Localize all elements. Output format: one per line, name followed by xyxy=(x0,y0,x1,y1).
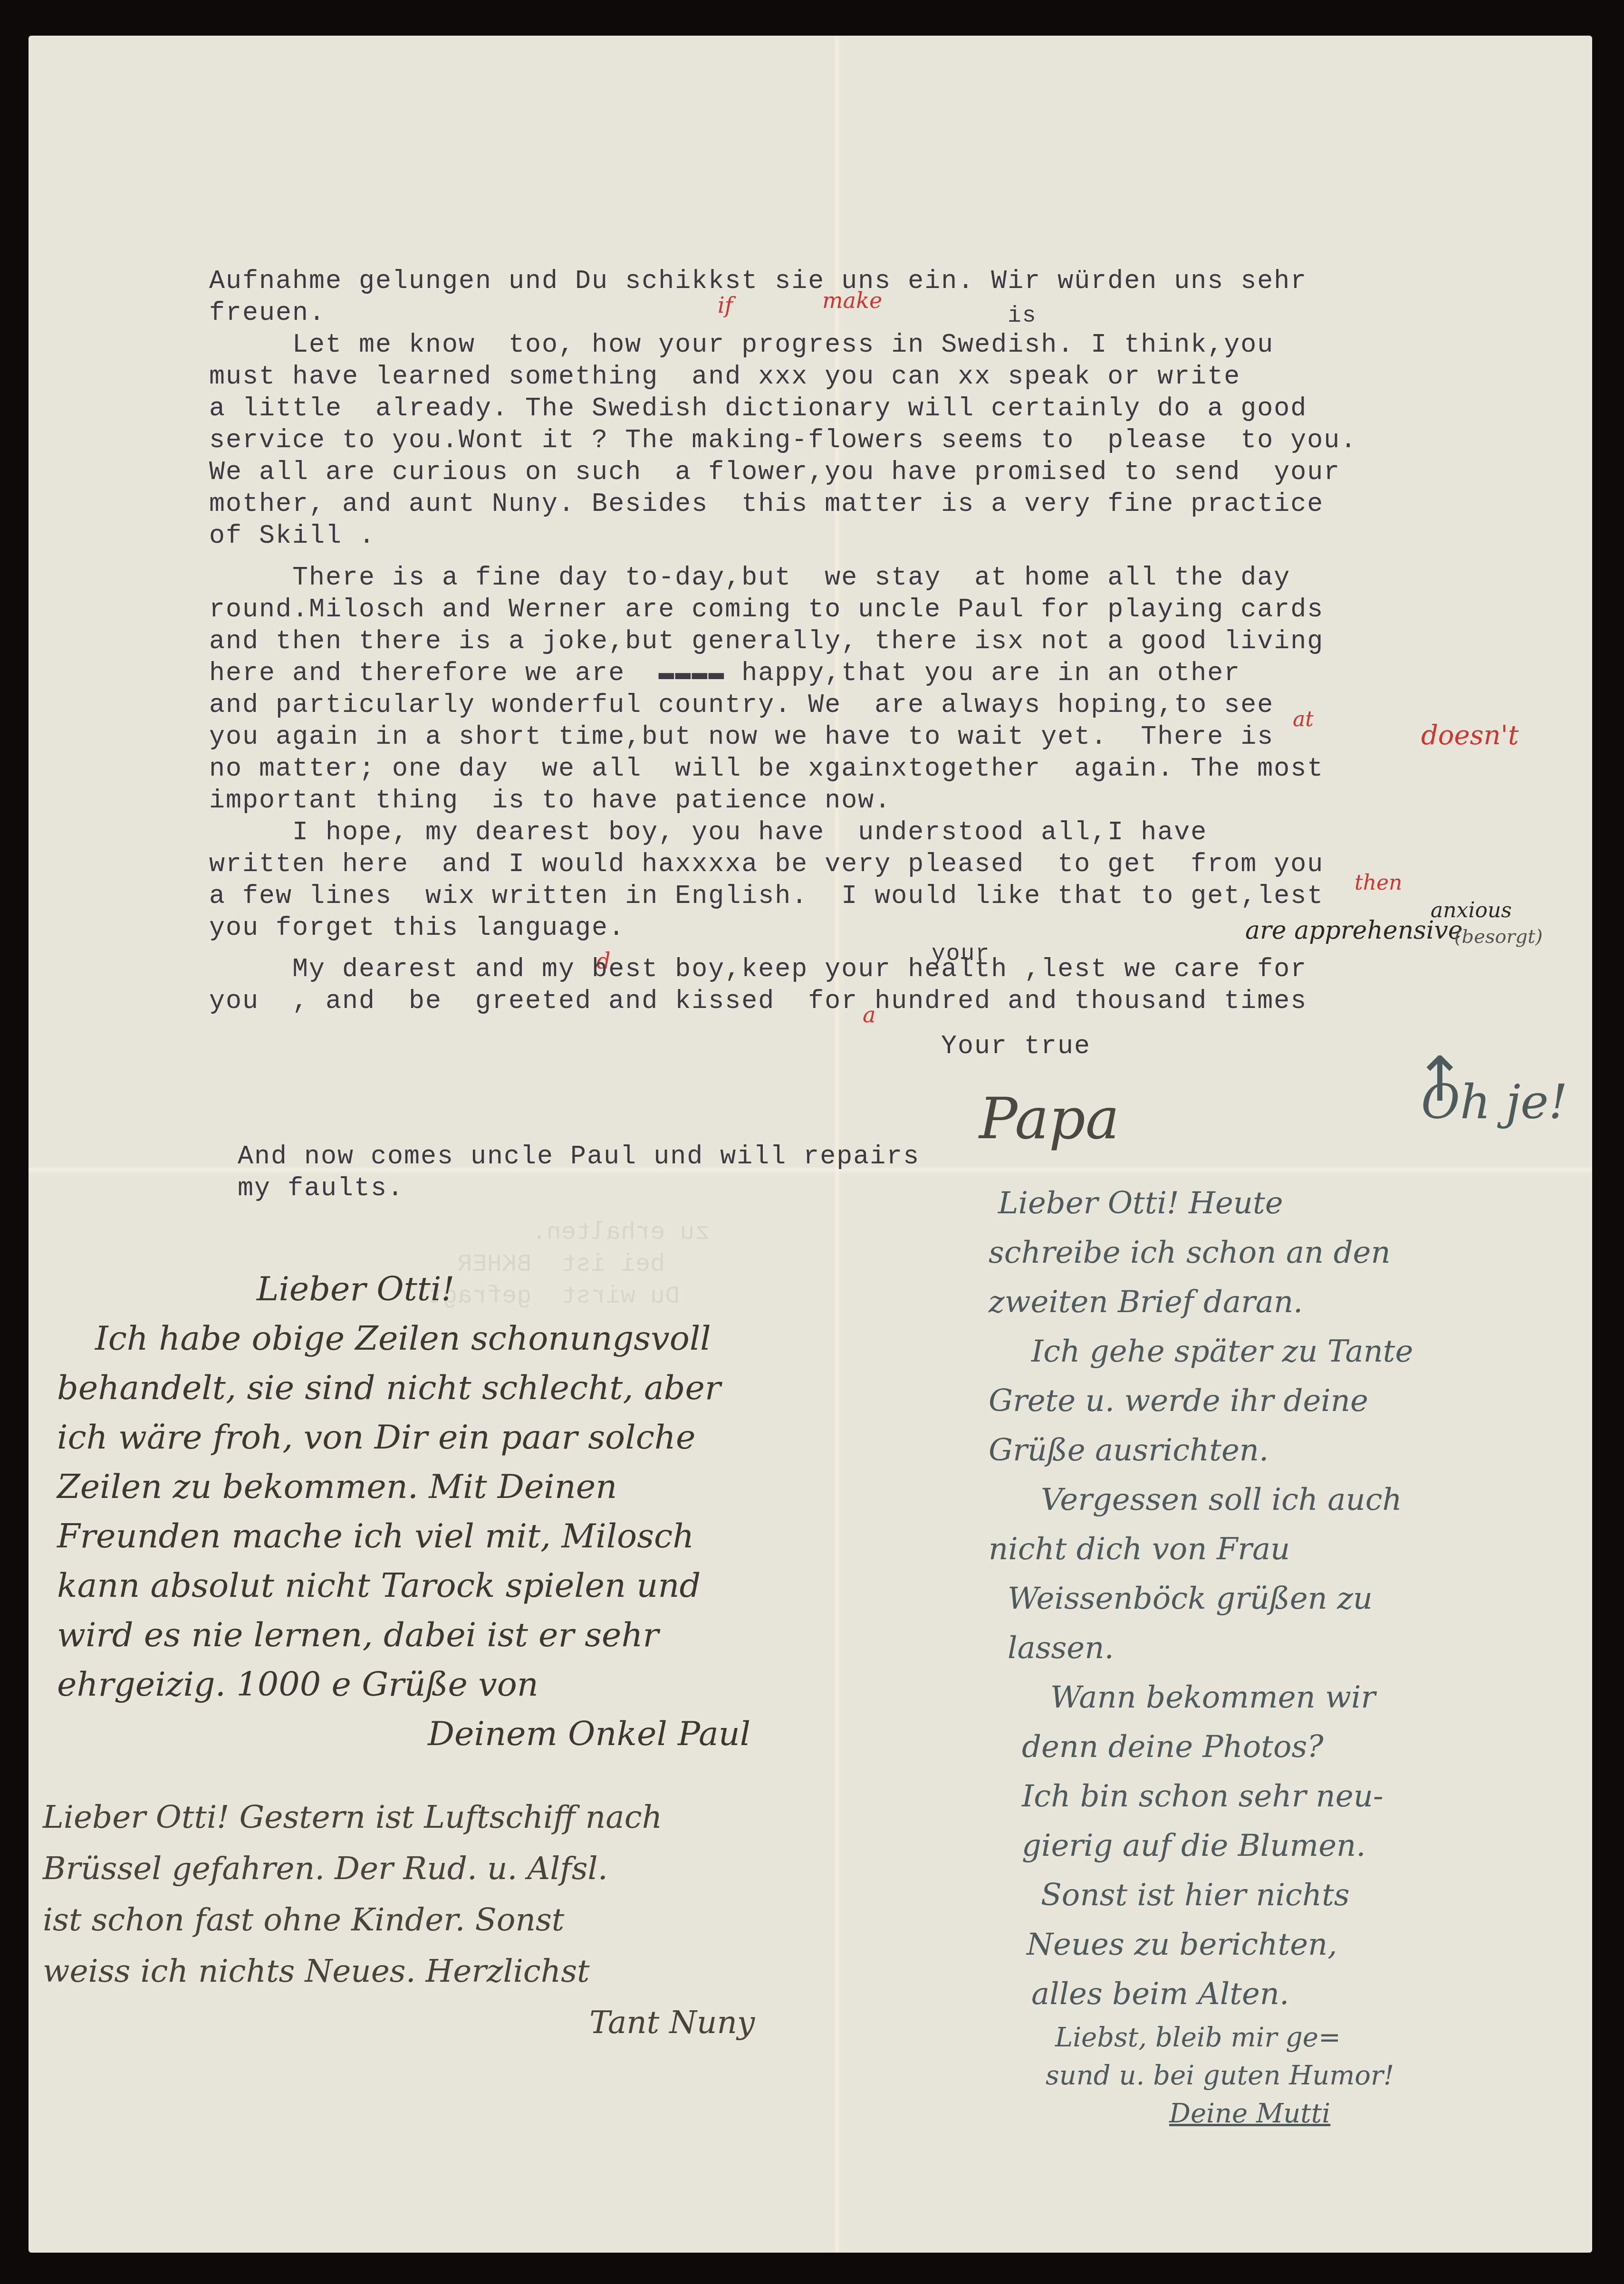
red-correction-if: if xyxy=(718,292,733,318)
typed-line-8: mother, and aunt Nuny. Besides this matt… xyxy=(209,488,1324,520)
typed-line-16: no matter; one day we all will be xgainx… xyxy=(209,753,1324,785)
typed-line-17: important thing is to have patience now. xyxy=(209,785,891,816)
mother-line: zweiten Brief daran. xyxy=(989,1277,1413,1327)
mother-line: schreibe ich schon an den xyxy=(989,1228,1413,1277)
typed-line-13: here and therefore we are ▬▬▬▬ happy,tha… xyxy=(209,657,1240,689)
typed-line-5: a little already. The Swedish dictionary… xyxy=(209,393,1307,424)
nuny-line: Brüssel gefahren. Der Rud. u. Alfsl. xyxy=(43,1843,755,1894)
mother-line: Ich gehe später zu Tante xyxy=(989,1327,1413,1376)
typed-line-1: Aufnahme gelungen und Du schikkst sie un… xyxy=(209,265,1307,297)
typed-insert-is: is xyxy=(1008,300,1037,332)
typed-line-4: must have learned something and xxx you … xyxy=(209,361,1240,393)
typed-line-3: Let me know too, how your progress in Sw… xyxy=(209,329,1274,361)
typed-line-22: My dearest and my best boy,keep your hea… xyxy=(209,953,1307,985)
paul-line: ich wäre froh, von Dir ein paar solche xyxy=(57,1412,750,1462)
mother-line: Vergessen soll ich auch xyxy=(989,1475,1413,1525)
arrow-up-icon: ↑ xyxy=(1414,1043,1466,1115)
typed-closing: Your true xyxy=(941,1030,1091,1062)
typed-line-20: a few lines wix written in English. I wo… xyxy=(209,880,1324,912)
paul-line: ehrgeizig. 1000 e Grüße von xyxy=(57,1660,750,1709)
red-correction-doesnt: doesn't xyxy=(1421,720,1518,751)
signature-aunt-nuny: Tant Nuny xyxy=(43,1997,755,2048)
typed-line-23: you , and be greeted and kissed for hund… xyxy=(209,985,1307,1017)
handwritten-aunt-nuny: Lieber Otti! Gestern ist Luftschiff nach… xyxy=(43,1792,755,2048)
paul-line: Ich habe obige Zeilen schonungsvoll xyxy=(57,1314,750,1363)
paul-line: wird es nie lernen, dabei ist er sehr xyxy=(57,1610,750,1660)
typed-line-7: We all are curious on such a flower,you … xyxy=(209,456,1340,488)
typed-postscript-line-2: my faults. xyxy=(238,1172,404,1204)
mother-line: alles beim Alten. xyxy=(989,1969,1413,2019)
mother-line: Grüße ausrichten. xyxy=(989,1426,1413,1475)
mother-line: Weissenböck grüßen zu xyxy=(989,1574,1413,1623)
mother-line: denn deine Photos? xyxy=(989,1722,1413,1772)
paul-line: kann absolut nicht Tarock spielen und xyxy=(57,1561,750,1610)
handwritten-uncle-paul: Lieber Otti! Ich habe obige Zeilen schon… xyxy=(57,1264,750,1758)
greeting: Lieber Otti! xyxy=(57,1264,750,1314)
red-correction-a: a xyxy=(863,1002,875,1027)
red-correction-at: at xyxy=(1293,707,1314,731)
ink-correction-besorgt: (besorgt) xyxy=(1454,926,1543,948)
nuny-line: weiss ich nichts Neues. Herzlichst xyxy=(43,1946,755,1997)
typed-line-14: and particularly wonderful country. We a… xyxy=(209,689,1274,721)
nuny-line: Lieber Otti! Gestern ist Luftschiff nach xyxy=(43,1792,755,1843)
paul-line: Zeilen zu bekommen. Mit Deinen xyxy=(57,1462,750,1511)
nuny-line: ist schon fast ohne Kinder. Sonst xyxy=(43,1894,755,1946)
signature-mother: Deine Mutti xyxy=(989,2095,1413,2133)
mother-line: gierig auf die Blumen. xyxy=(989,1821,1413,1871)
mother-line: lassen. xyxy=(989,1623,1413,1673)
mother-line: Liebst, bleib mir ge= xyxy=(989,2019,1413,2057)
mother-line: Grete u. werde ihr deine xyxy=(989,1376,1413,1426)
typed-line-2: freuen. xyxy=(209,297,326,329)
typed-line-9: of Skill . xyxy=(209,520,375,552)
typed-line-19: written here and I would haxxxxa be very… xyxy=(209,848,1324,880)
red-correction-then: then xyxy=(1355,871,1402,895)
typed-postscript-line-1: And now comes uncle Paul und will repair… xyxy=(238,1141,920,1172)
ink-correction-apprehensive: are apprehensive xyxy=(1245,916,1463,945)
signature-uncle-paul: Deinem Onkel Paul xyxy=(57,1709,750,1758)
mother-greeting: Lieber Otti! Heute xyxy=(989,1179,1413,1228)
typed-line-21: you forget this language. xyxy=(209,912,625,944)
typed-line-15: you again in a short time,but now we hav… xyxy=(209,721,1274,753)
typed-line-18: I hope, my dearest boy, you have underst… xyxy=(209,816,1207,848)
signature-papa: Papa xyxy=(979,1086,1119,1152)
typed-line-10: There is a fine day to-day,but we stay a… xyxy=(209,562,1290,594)
mother-line: Wann bekommen wir xyxy=(989,1673,1413,1722)
mother-line: Sonst ist hier nichts xyxy=(989,1871,1413,1920)
paul-line: Freunden mache ich viel mit, Milosch xyxy=(57,1511,750,1561)
typed-line-12: and then there is a joke,but generally, … xyxy=(209,625,1324,657)
red-correction-make: make xyxy=(822,288,882,313)
typed-line-6: service to you.Wont it ? The making-flow… xyxy=(209,424,1357,456)
mother-line: sund u. bei guten Humor! xyxy=(989,2057,1413,2095)
typed-line-11: round.Milosch and Werner are coming to u… xyxy=(209,594,1324,625)
handwritten-mother: Lieber Otti! Heute schreibe ich schon an… xyxy=(989,1179,1413,2133)
paul-line: behandelt, sie sind nicht schlecht, aber xyxy=(57,1363,750,1412)
mother-line: Ich bin schon sehr neu- xyxy=(989,1772,1413,1821)
mother-line: Neues zu berichten, xyxy=(989,1920,1413,1969)
mother-line: nicht dich von Frau xyxy=(989,1525,1413,1574)
